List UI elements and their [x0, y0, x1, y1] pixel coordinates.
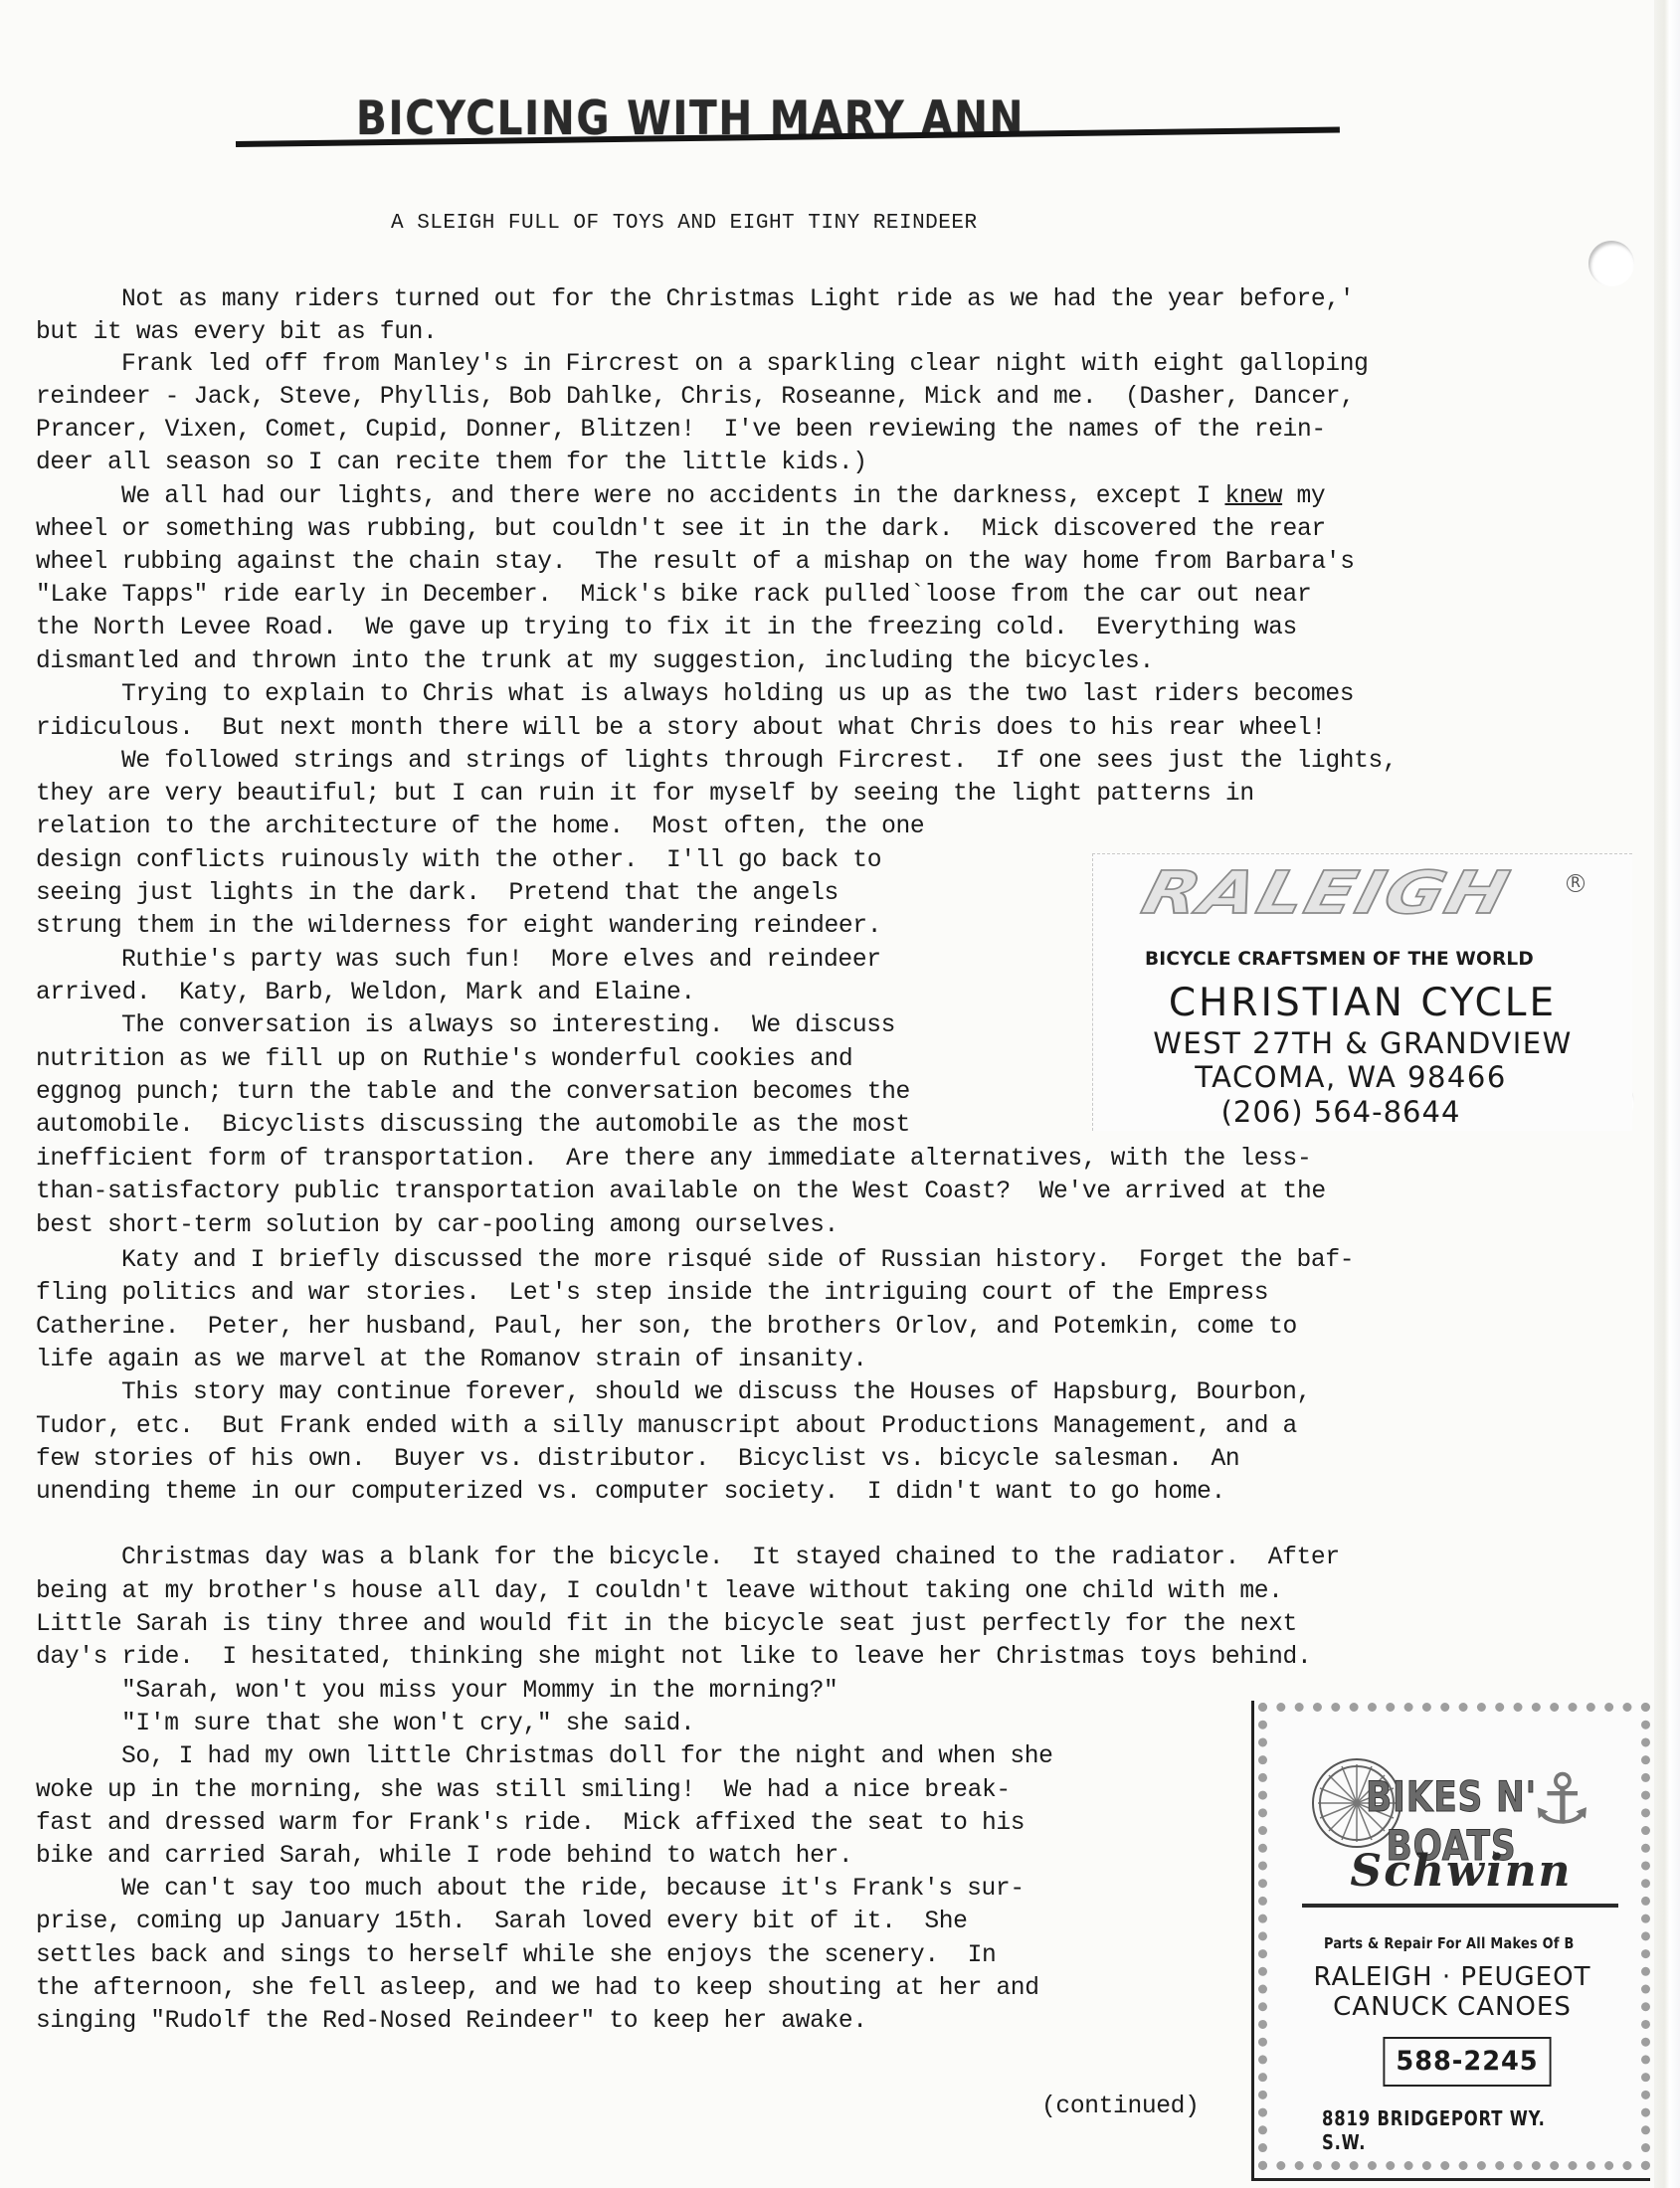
brands-line-2: CANUCK CANOES: [1254, 1992, 1650, 2022]
text-line: bike and carried Sarah, while I rode beh…: [36, 1842, 852, 1872]
text-line: wheel rubbing against the chain stay. Th…: [36, 548, 1355, 578]
text-line: the North Levee Road. We gave up trying …: [36, 614, 1297, 643]
text-line: but it was every bit as fun.: [36, 318, 437, 348]
text-line: Tudor, etc. But Frank ended with a silly…: [36, 1412, 1297, 1442]
schwinn-underline: [1302, 1904, 1618, 1908]
bikes-street: 8819 BRIDGEPORT WY. S.W.: [1322, 2106, 1591, 2154]
text-line: best short-term solution by car-pooling …: [36, 1211, 839, 1241]
shop-name: CHRISTIAN CYCLE: [1093, 981, 1632, 1025]
text-line: Katy and I briefly discussed the more ri…: [121, 1246, 1354, 1276]
text-line: relation to the architecture of the home…: [36, 813, 924, 842]
text-line: they are very beautiful; but I can ruin …: [36, 780, 1254, 810]
text-line: woke up in the morning, she was still sm…: [36, 1776, 1011, 1806]
text-line: eggnog punch; turn the table and the con…: [36, 1078, 910, 1108]
anchor-icon: ⚓: [1531, 1764, 1593, 1834]
text-line: Little Sarah is tiny three and would fit…: [36, 1610, 1297, 1640]
text-line: singing "Rudolf the Red-Nosed Reindeer" …: [36, 2007, 867, 2037]
text-line: nutrition as we fill up on Ruthie's wond…: [36, 1045, 852, 1075]
text-line: design conflicts ruinously with the othe…: [36, 846, 881, 876]
raleigh-tagline: BICYCLE CRAFTSMEN OF THE WORLD: [1145, 949, 1534, 970]
text-line: strung them in the wilderness for eight …: [36, 912, 881, 942]
text-line: The conversation is always so interestin…: [121, 1011, 895, 1041]
text-line: inefficient form of transportation. Are …: [36, 1145, 1311, 1175]
ad-bikes-n-boats: BIKES N' BOATS ⚓ Schwinn Parts & Repair …: [1251, 1701, 1650, 2181]
text-line: Prancer, Vixen, Comet, Cupid, Donner, Bl…: [36, 416, 1326, 446]
text-line: deer all season so I can recite them for…: [36, 449, 867, 478]
text-line: "Sarah, won't you miss your Mommy in the…: [121, 1677, 838, 1707]
text-line: the afternoon, she fell asleep, and we h…: [36, 1974, 1039, 2004]
ad-christian-cycle: RALEIGH R BICYCLE CRAFTSMEN OF THE WORLD…: [1092, 853, 1632, 1131]
bikes-phone: 588-2245: [1383, 2037, 1551, 2087]
text-line: unending theme in our computerized vs. c…: [36, 1478, 1225, 1508]
text-line: being at my brother's house all day, I c…: [36, 1577, 1283, 1607]
text-line: We all had our lights, and there were no…: [121, 482, 1325, 512]
text-line: Not as many riders turned out for the Ch…: [121, 285, 1354, 315]
page-edge: [1654, 0, 1680, 2188]
text-line: day's ride. I hesitated, thinking she mi…: [36, 1643, 1311, 1673]
registered-mark-icon: R: [1567, 874, 1585, 892]
underlined-word: knew: [1224, 483, 1282, 510]
text-line: Christmas day was a blank for the bicycl…: [121, 1544, 1340, 1573]
shop-city: TACOMA, WA 98466: [1081, 1060, 1620, 1094]
raleigh-logo: RALEIGH: [1136, 858, 1551, 927]
text-line: prise, coming up January 15th. Sarah lov…: [36, 1908, 968, 1937]
text-line: So, I had my own little Christmas doll f…: [121, 1742, 1053, 1772]
shop-address: WEST 27TH & GRANDVIEW: [1093, 1026, 1632, 1060]
text-line: Catherine. Peter, her husband, Paul, her…: [36, 1313, 1297, 1343]
text-line: wheel or something was rubbing, but coul…: [36, 515, 1326, 545]
text-line: dismantled and thrown into the trunk at …: [36, 647, 1154, 677]
schwinn-logo: Schwinn: [1302, 1846, 1620, 1897]
text-line: Trying to explain to Chris what is alway…: [121, 680, 1354, 710]
text-line: reindeer - Jack, Steve, Phyllis, Bob Dah…: [36, 383, 1355, 413]
shop-phone: (206) 564-8644: [1071, 1095, 1610, 1129]
continued-note: (continued): [1041, 2093, 1200, 2122]
text-line: We can't say too much about the ride, be…: [121, 1875, 1025, 1905]
text-line: fast and dressed warm for Frank's ride. …: [36, 1809, 1025, 1839]
text-line: Ruthie's party was such fun! More elves …: [121, 946, 881, 976]
text-line: life again as we marvel at the Romanov s…: [36, 1346, 867, 1375]
article-subtitle: A SLEIGH FULL OF TOYS AND EIGHT TINY REI…: [391, 212, 978, 235]
parts-repair-text: Parts & Repair For All Makes Of B: [1324, 1934, 1575, 1952]
text-line: ridiculous. But next month there will be…: [36, 714, 1326, 744]
text-line: few stories of his own. Buyer vs. distri…: [36, 1445, 1239, 1475]
text-line: This story may continue forever, should …: [121, 1378, 1311, 1408]
text-line: "I'm sure that she won't cry," she said.: [121, 1710, 694, 1739]
text-line: arrived. Katy, Barb, Weldon, Mark and El…: [36, 979, 695, 1008]
text-line: settles back and sings to herself while …: [36, 1941, 996, 1971]
binder-hole-top: [1588, 241, 1634, 286]
text-line: than-satisfactory public transportation …: [36, 1178, 1326, 1207]
text-line: Frank led off from Manley's in Fircrest …: [121, 350, 1369, 380]
text-line: fling politics and war stories. Let's st…: [36, 1279, 1268, 1309]
brands-line-1: RALEIGH · PEUGEOT: [1254, 1962, 1650, 1992]
text-line: We followed strings and strings of light…: [121, 747, 1397, 777]
text-line: seeing just lights in the dark. Pretend …: [36, 879, 839, 909]
text-line: "Lake Tapps" ride early in December. Mic…: [36, 581, 1311, 611]
text-line: automobile. Bicyclists discussing the au…: [36, 1111, 910, 1141]
